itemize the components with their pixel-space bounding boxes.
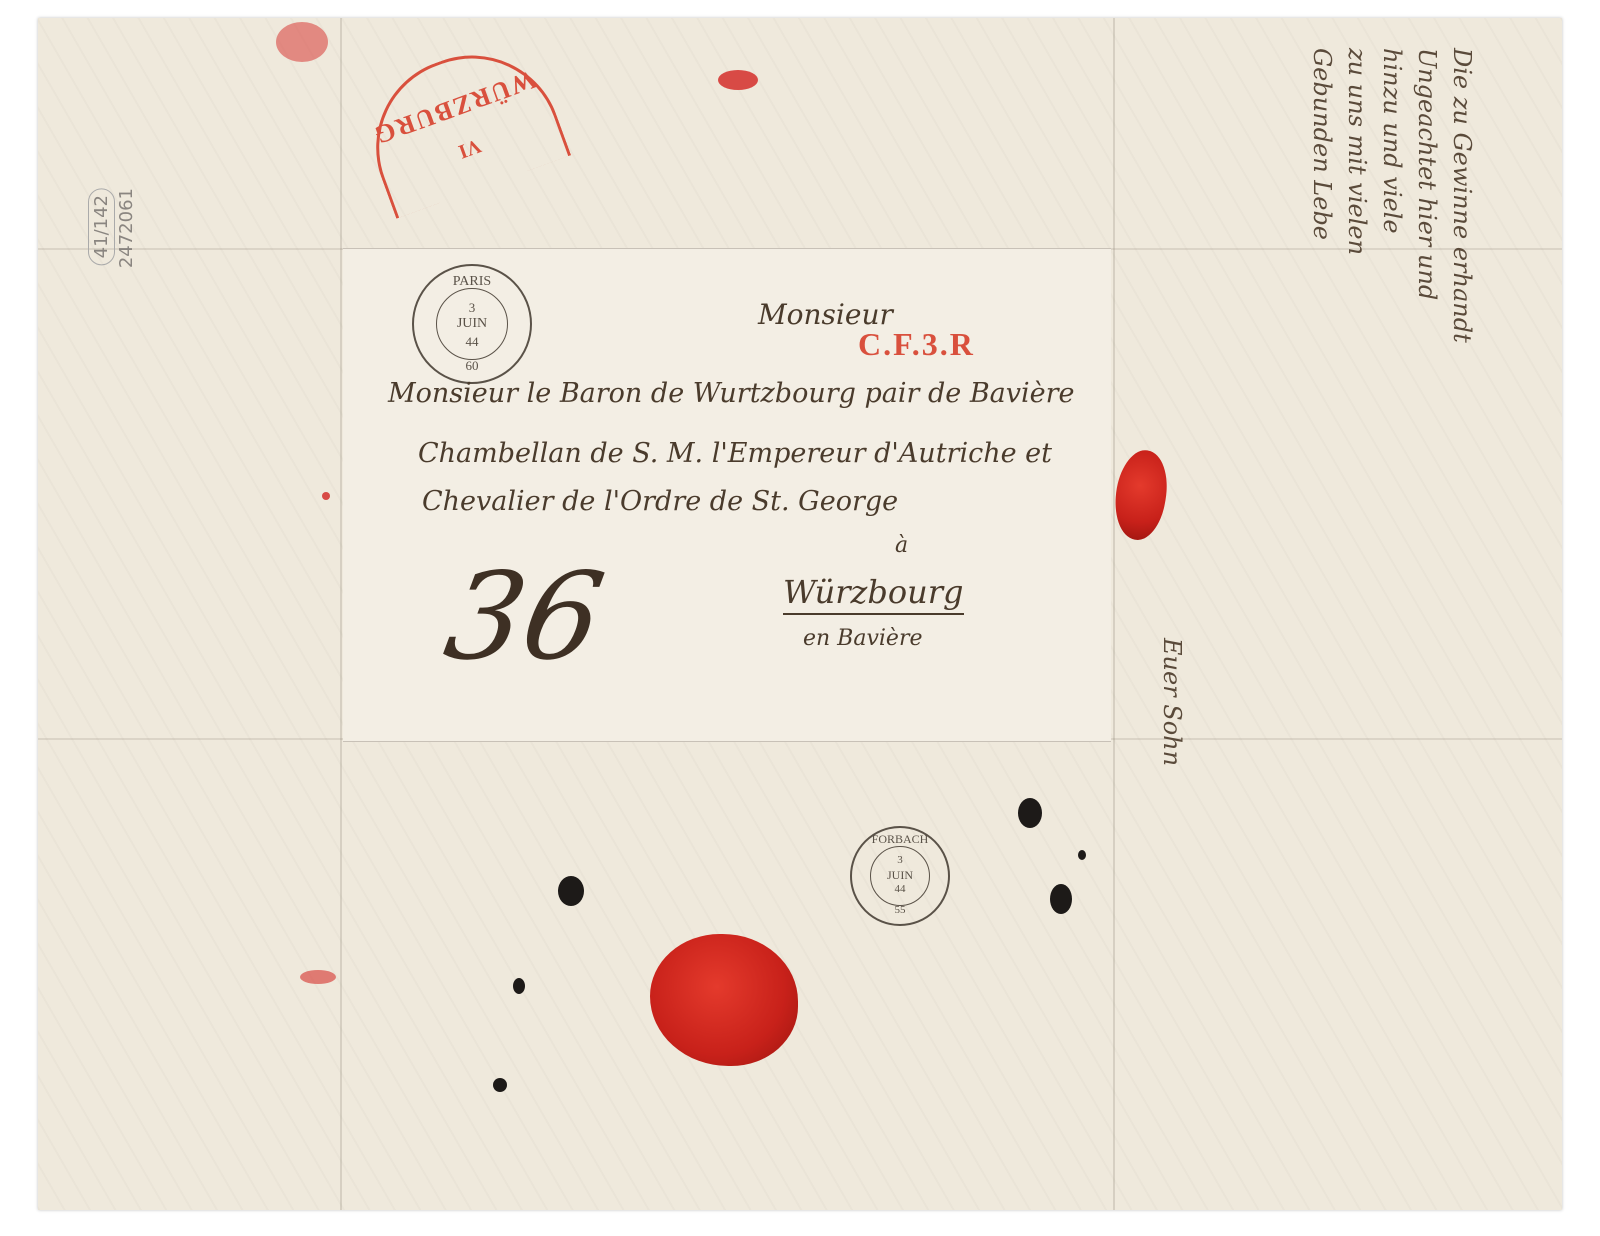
wax-seal: [650, 934, 798, 1066]
wax-seal-fragment: [1109, 446, 1174, 543]
address-city: Würzbourg: [783, 573, 964, 615]
fold-line: [340, 18, 342, 1210]
forbach-postmark: FORBACH 3 JUIN 44 55: [850, 826, 950, 926]
rate-marking: 36: [436, 548, 613, 687]
letter-text-line: Ungeachtet hier und: [1413, 48, 1441, 300]
ink-blot: [1050, 884, 1072, 914]
paris-postmark: PARIS 3 JUIN 44 60: [412, 264, 532, 384]
address-line: Chambellan de S. M. l'Empereur d'Autrich…: [418, 438, 1052, 469]
pencil-note: 2472061: [116, 188, 137, 268]
address-line: Chevalier de l'Ordre de St. George: [422, 486, 898, 517]
wax-fragment: [322, 492, 330, 500]
address-country: en Bavière: [803, 626, 923, 651]
address-preposition: à: [895, 533, 908, 558]
wax-fragment: [718, 70, 758, 90]
ink-blot: [513, 978, 525, 994]
red-marking: C.F.3.R: [858, 326, 975, 363]
fold-line: [1113, 18, 1115, 1210]
wax-fragment: [276, 22, 328, 62]
letter-sheet: WÜRZBURG VI PARIS 3 JUIN 44 60 Monsieur …: [38, 18, 1562, 1210]
letter-text-line: Gebunden Lebe: [1308, 48, 1336, 240]
letter-text-line: zu uns mit vielen: [1343, 48, 1371, 255]
wurzburg-arrival-stamp: WÜRZBURG VI: [351, 30, 571, 219]
ink-blot: [558, 876, 584, 906]
pencil-note: 41/142: [88, 188, 115, 265]
letter-text-line: hinzu und viele: [1378, 48, 1406, 234]
letter-text-line: Die zu Gewinne erhandt: [1448, 48, 1476, 343]
wax-fragment: [300, 970, 336, 984]
ink-blot: [493, 1078, 507, 1092]
ink-blot: [1078, 850, 1086, 860]
letter-signature: Euer Sohn: [1158, 638, 1186, 766]
ink-blot: [1018, 798, 1042, 828]
address-line: Monsieur le Baron de Wurtzbourg pair de …: [388, 378, 1075, 409]
